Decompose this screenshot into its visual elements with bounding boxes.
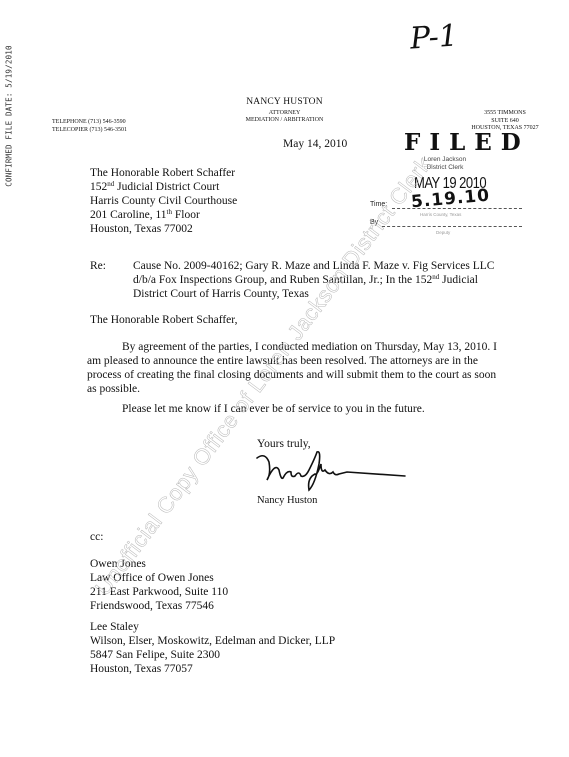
stamp-time-sublabel: Harris County, Texas xyxy=(420,212,461,217)
body-paragraph-2: Please let me know if I can ever be of s… xyxy=(122,402,425,416)
telephone: TELEPHONE (713) 546-3590 xyxy=(52,119,127,127)
cc-recipient: Lee Staley Wilson, Elser, Moskowitz, Ede… xyxy=(90,620,335,676)
recipient-address: The Honorable Robert Schaffer 152nd Judi… xyxy=(90,166,237,236)
signer-name: Nancy Huston xyxy=(257,494,317,508)
re-label: Re: xyxy=(90,259,106,273)
telecopier: TELECOPIER (713) 546-3501 xyxy=(52,127,127,135)
letter-date: May 14, 2010 xyxy=(283,137,347,151)
filed-stamp: FILED xyxy=(404,129,530,156)
handwritten-page-note: P-1 xyxy=(409,18,459,56)
body-paragraph-1: By agreement of the parties, I conducted… xyxy=(87,340,557,396)
cc-label: cc: xyxy=(90,530,103,544)
signature-image xyxy=(255,448,415,496)
stamp-by-sublabel: Deputy xyxy=(436,230,450,235)
stamp-time-line xyxy=(392,208,522,209)
letterhead-contact: TELEPHONE (713) 546-3590 TELECOPIER (713… xyxy=(52,119,127,134)
letterhead-name: NANCY HUSTON xyxy=(0,97,569,107)
salutation: The Honorable Robert Schaffer, xyxy=(90,313,238,327)
stamp-by-line xyxy=(382,226,522,227)
